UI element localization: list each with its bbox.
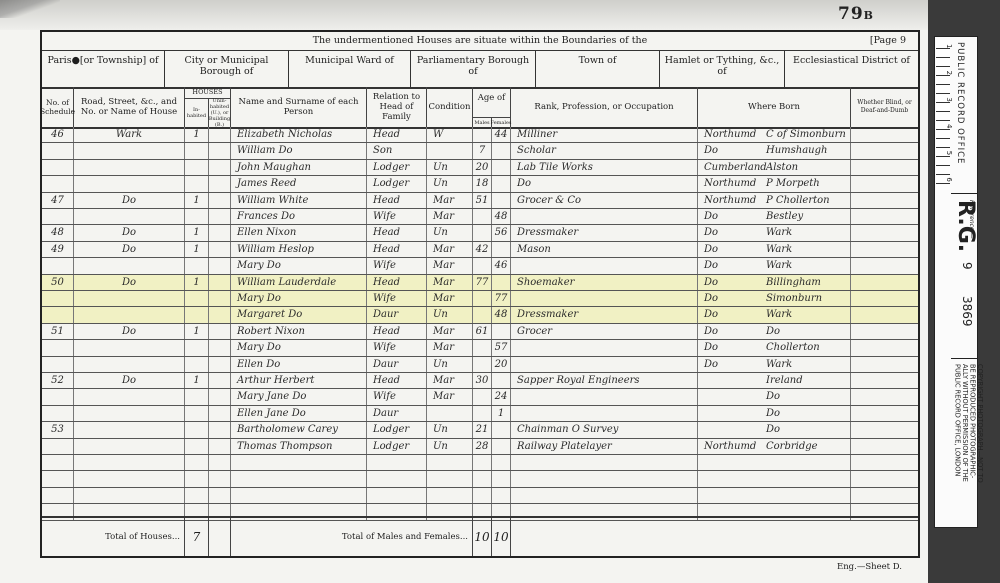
cell-born: NorthumdCorbridge xyxy=(698,439,851,454)
strip-divider xyxy=(951,358,978,359)
cell-schedule xyxy=(42,160,74,175)
cell-born: DoWark xyxy=(698,307,851,322)
born-county: Northumd xyxy=(704,193,766,208)
cell-male xyxy=(473,406,492,421)
cell-male xyxy=(473,127,492,142)
cell-u xyxy=(209,439,231,454)
born-place: Wark xyxy=(766,260,792,271)
cell-relation: Head xyxy=(367,373,427,388)
cell-condition: W xyxy=(427,127,473,142)
district-city: City or Municipal Borough of xyxy=(165,50,289,87)
cell-name: Ellen Jane Do xyxy=(231,406,367,421)
cell-condition: Mar xyxy=(427,373,473,388)
cell-occupation xyxy=(511,488,698,503)
cell-name: William Heslop xyxy=(231,242,367,257)
born-county: Northumd xyxy=(704,439,766,454)
cell-inhabited xyxy=(185,471,209,486)
cell-inhabited xyxy=(185,340,209,355)
born-county: Cumberland xyxy=(704,160,766,175)
cell-b xyxy=(851,488,918,503)
cell-u xyxy=(209,324,231,339)
cell-b xyxy=(851,176,918,191)
table-row: Thomas ThompsonLodgerUn28Railway Platela… xyxy=(42,439,918,455)
cell-female: 56 xyxy=(492,225,511,240)
cell-female: 46 xyxy=(492,258,511,273)
cell-schedule xyxy=(42,471,74,486)
cell-b xyxy=(851,471,918,486)
cell-occupation: Do xyxy=(511,176,698,191)
cell-born: Ireland xyxy=(698,373,851,388)
cell-inhabited xyxy=(185,439,209,454)
cell-u xyxy=(209,242,231,257)
cell-b xyxy=(851,439,918,454)
table-row: Mary DoWifeMar77DoSimonburn xyxy=(42,291,918,307)
census-page: 79B The undermentioned Houses are situat… xyxy=(0,0,928,583)
cell-born: DoChollerton xyxy=(698,340,851,355)
copyright-line: COPYRIGHT PHOTOGRAPH—NOT TO xyxy=(976,364,984,483)
cell-schedule xyxy=(42,291,74,306)
copyright-line: ALLY WITHOUT PERMISSION OF THE xyxy=(961,364,969,483)
copyright-notice: COPYRIGHT PHOTOGRAPH—NOT TOBE REPRODUCED… xyxy=(953,364,983,483)
cell-condition: Mar xyxy=(427,275,473,290)
table-row xyxy=(42,488,918,504)
born-county: Northumd xyxy=(704,127,766,142)
cell-born xyxy=(698,455,851,470)
cell-female: 48 xyxy=(492,209,511,224)
scan-fold-shadow xyxy=(0,0,60,18)
cell-born: CumberlandAlston xyxy=(698,160,851,175)
cell-inhabited xyxy=(185,143,209,158)
cell-schedule: 52 xyxy=(42,373,74,388)
col-males: Males xyxy=(473,117,492,127)
cell-u xyxy=(209,209,231,224)
cell-u xyxy=(209,406,231,421)
cell-b xyxy=(851,143,918,158)
cell-b xyxy=(851,357,918,372)
cell-road: Do xyxy=(74,242,185,257)
born-place: Wark xyxy=(766,359,792,370)
table-row: 51Do1Robert NixonHeadMar61GrocerDoDo xyxy=(42,324,918,340)
cell-male xyxy=(473,488,492,503)
cell-u xyxy=(209,488,231,503)
cell-schedule: 50 xyxy=(42,275,74,290)
census-form: The undermentioned Houses are situate wi… xyxy=(40,30,920,558)
table-row: Ellen Jane DoDaur1Do xyxy=(42,406,918,422)
born-county: Do xyxy=(704,225,766,240)
total-persons-label: Total of Males and Females... xyxy=(231,518,473,556)
cell-occupation xyxy=(511,389,698,404)
cell-road xyxy=(74,160,185,175)
cell-occupation: Sapper Royal Engineers xyxy=(511,373,698,388)
cell-u xyxy=(209,307,231,322)
cell-female xyxy=(492,143,511,158)
cell-inhabited xyxy=(185,307,209,322)
col-condition: Condition xyxy=(427,87,473,127)
born-county: Do xyxy=(704,143,766,158)
col-relation: Relation to Head of Family xyxy=(367,87,427,127)
cell-condition: Un xyxy=(427,307,473,322)
born-place: Ireland xyxy=(766,375,803,386)
cell-b xyxy=(851,225,918,240)
born-county: Do xyxy=(704,340,766,355)
cell-male: 51 xyxy=(473,193,492,208)
cell-female: 48 xyxy=(492,307,511,322)
cell-born xyxy=(698,488,851,503)
cell-relation: Head xyxy=(367,127,427,142)
cell-relation: Head xyxy=(367,193,427,208)
cell-b xyxy=(851,307,918,322)
cell-inhabited xyxy=(185,176,209,191)
cell-schedule: 51 xyxy=(42,324,74,339)
total-uninhabited-value xyxy=(209,518,231,556)
folio-number: 79B xyxy=(838,4,874,24)
cell-female: 44 xyxy=(492,127,511,142)
cell-road xyxy=(74,422,185,437)
born-place: P Chollerton xyxy=(766,195,830,206)
totals-row: Total of Houses... 7 Total of Males and … xyxy=(42,516,918,556)
sheet-label: Eng.—Sheet D. xyxy=(837,562,902,572)
cell-female: 77 xyxy=(492,291,511,306)
cell-occupation: Scholar xyxy=(511,143,698,158)
cell-schedule xyxy=(42,357,74,372)
cell-relation: Head xyxy=(367,275,427,290)
cell-inhabited xyxy=(185,389,209,404)
table-row: James ReedLodgerUn18DoNorthumdP Morpeth xyxy=(42,176,918,192)
cell-road xyxy=(74,455,185,470)
cell-relation: Lodger xyxy=(367,160,427,175)
col-uninhabited: Unin-habited (U.), or Building (B.) xyxy=(209,98,231,127)
cell-relation: Lodger xyxy=(367,422,427,437)
cell-relation xyxy=(367,471,427,486)
table-row xyxy=(42,471,918,487)
cell-male: 42 xyxy=(473,242,492,257)
born-county: Do xyxy=(704,242,766,257)
cell-born: DoBillingham xyxy=(698,275,851,290)
column-header-row: No. of Schedule Road, Street, &c., and N… xyxy=(42,87,918,129)
district-ecclesiastical: Ecclesiastical District of xyxy=(785,50,918,87)
cell-occupation: Dressmaker xyxy=(511,225,698,240)
cell-condition: Un xyxy=(427,357,473,372)
born-place: Do xyxy=(766,391,780,402)
cell-road xyxy=(74,291,185,306)
district-parliamentary: Parliamentary Borough of xyxy=(411,50,536,87)
cell-name: Robert Nixon xyxy=(231,324,367,339)
born-place: Humshaugh xyxy=(766,145,827,156)
cell-b xyxy=(851,291,918,306)
cell-name: Mary Jane Do xyxy=(231,389,367,404)
cell-female xyxy=(492,422,511,437)
cell-u xyxy=(209,258,231,273)
cell-name: James Reed xyxy=(231,176,367,191)
cell-condition: Mar xyxy=(427,389,473,404)
born-county: Do xyxy=(704,258,766,273)
cell-name: Frances Do xyxy=(231,209,367,224)
cell-schedule xyxy=(42,143,74,158)
cell-b xyxy=(851,193,918,208)
cell-schedule: 46 xyxy=(42,127,74,142)
cell-occupation: Grocer xyxy=(511,324,698,339)
cell-u xyxy=(209,291,231,306)
cell-schedule: 53 xyxy=(42,422,74,437)
cell-male: 7 xyxy=(473,143,492,158)
cell-road xyxy=(74,488,185,503)
table-row: 49Do1William HeslopHeadMar42MasonDoWark xyxy=(42,242,918,258)
cell-name xyxy=(231,455,367,470)
cell-schedule xyxy=(42,439,74,454)
cell-occupation xyxy=(511,258,698,273)
cell-name: Ellen Do xyxy=(231,357,367,372)
boundaries-header: The undermentioned Houses are situate wi… xyxy=(42,32,918,51)
cell-inhabited xyxy=(185,488,209,503)
cell-relation xyxy=(367,488,427,503)
cell-born: Do xyxy=(698,422,851,437)
cell-schedule xyxy=(42,389,74,404)
cell-road xyxy=(74,357,185,372)
cell-relation: Wife xyxy=(367,291,427,306)
table-row: 52Do1Arthur HerbertHeadMar30Sapper Royal… xyxy=(42,373,918,389)
born-place: Billingham xyxy=(766,277,821,288)
cell-road xyxy=(74,340,185,355)
table-row: 48Do1Ellen NixonHeadUn56DressmakerDoWark xyxy=(42,225,918,241)
cell-name: Mary Do xyxy=(231,258,367,273)
cell-born: Do xyxy=(698,389,851,404)
cell-schedule xyxy=(42,258,74,273)
born-place: Wark xyxy=(766,227,792,238)
district-header-row: Paris●[or Township] of City or Municipal… xyxy=(42,50,918,89)
col-schedule: No. of Schedule xyxy=(42,87,74,127)
cell-born: NorthumdP Chollerton xyxy=(698,193,851,208)
cell-schedule: 47 xyxy=(42,193,74,208)
table-row: William DoSon7ScholarDoHumshaugh xyxy=(42,143,918,159)
cell-occupation xyxy=(511,209,698,224)
cell-condition: Mar xyxy=(427,324,473,339)
cell-male xyxy=(473,291,492,306)
cell-male: 61 xyxy=(473,324,492,339)
district-ward: Municipal Ward of xyxy=(289,50,411,87)
born-place: Simonburn xyxy=(766,293,822,304)
cell-condition: Un xyxy=(427,422,473,437)
cell-born: DoWark xyxy=(698,258,851,273)
cell-inhabited xyxy=(185,406,209,421)
cell-condition: Mar xyxy=(427,209,473,224)
cell-condition: Mar xyxy=(427,291,473,306)
cell-name xyxy=(231,471,367,486)
cell-occupation xyxy=(511,291,698,306)
cell-male: 30 xyxy=(473,373,492,388)
cell-road xyxy=(74,406,185,421)
cell-occupation xyxy=(511,357,698,372)
born-place: Wark xyxy=(766,309,792,320)
cell-condition: Un xyxy=(427,439,473,454)
scale-numbers: 1 2 3 4 5 6 xyxy=(945,44,953,192)
cell-condition: Un xyxy=(427,160,473,175)
cell-male: 28 xyxy=(473,439,492,454)
cell-condition xyxy=(427,471,473,486)
cell-occupation: Mason xyxy=(511,242,698,257)
cell-relation: Daur xyxy=(367,307,427,322)
cell-b xyxy=(851,422,918,437)
total-males-value: 10 xyxy=(473,518,492,556)
cell-condition: Mar xyxy=(427,340,473,355)
cell-road: Do xyxy=(74,275,185,290)
cell-male: 77 xyxy=(473,275,492,290)
cell-relation: Daur xyxy=(367,406,427,421)
cell-u xyxy=(209,193,231,208)
district-parish: Paris●[or Township] of xyxy=(42,50,165,87)
cell-road: Do xyxy=(74,373,185,388)
table-row: Mary DoWifeMar57DoChollerton xyxy=(42,340,918,356)
cell-schedule: 48 xyxy=(42,225,74,240)
table-row: Mary Jane DoWifeMar24Do xyxy=(42,389,918,405)
born-place: Chollerton xyxy=(766,342,820,353)
cell-born: DoWark xyxy=(698,242,851,257)
cell-occupation xyxy=(511,340,698,355)
born-county: Northumd xyxy=(704,176,766,191)
cell-b xyxy=(851,455,918,470)
table-row: Frances DoWifeMar48DoBestley xyxy=(42,209,918,225)
col-road: Road, Street, &c., and No. or Name of Ho… xyxy=(74,87,185,127)
col-inhabited: In-habited xyxy=(185,98,209,127)
cell-road xyxy=(74,307,185,322)
table-row: Margaret DoDaurUn48DressmakerDoWark xyxy=(42,307,918,323)
cell-u xyxy=(209,357,231,372)
cell-inhabited xyxy=(185,258,209,273)
cell-relation: Wife xyxy=(367,209,427,224)
cell-born: DoWark xyxy=(698,225,851,240)
cell-occupation: Railway Platelayer xyxy=(511,439,698,454)
cell-condition xyxy=(427,143,473,158)
cell-born: NorthumdP Morpeth xyxy=(698,176,851,191)
cell-female xyxy=(492,242,511,257)
cell-road: Do xyxy=(74,225,185,240)
cell-relation xyxy=(367,455,427,470)
cell-inhabited: 1 xyxy=(185,242,209,257)
cell-condition: Un xyxy=(427,176,473,191)
cell-name: Mary Do xyxy=(231,340,367,355)
cell-inhabited: 1 xyxy=(185,127,209,142)
cell-born: DoDo xyxy=(698,324,851,339)
cell-b xyxy=(851,242,918,257)
cell-male xyxy=(473,340,492,355)
cell-born: DoHumshaugh xyxy=(698,143,851,158)
cell-name: Bartholomew Carey xyxy=(231,422,367,437)
cell-b xyxy=(851,209,918,224)
cell-name: Margaret Do xyxy=(231,307,367,322)
cell-inhabited xyxy=(185,357,209,372)
table-row: 50Do1William LauderdaleHeadMar77Shoemake… xyxy=(42,275,918,291)
cell-u xyxy=(209,127,231,142)
cell-male xyxy=(473,258,492,273)
cell-male xyxy=(473,307,492,322)
born-place: P Morpeth xyxy=(766,178,820,189)
col-blind: Whether Blind, or Deaf-and-Dumb xyxy=(851,87,918,127)
cell-male: 21 xyxy=(473,422,492,437)
cell-male xyxy=(473,455,492,470)
born-place: C of Simonburn xyxy=(766,129,846,140)
cell-female xyxy=(492,275,511,290)
cell-schedule xyxy=(42,488,74,503)
cell-road xyxy=(74,439,185,454)
copyright-line: BE REPRODUCED PHOTOGRAPHIC- xyxy=(968,364,976,483)
born-place: Do xyxy=(766,408,780,419)
cell-relation: Head xyxy=(367,242,427,257)
cell-b xyxy=(851,127,918,142)
copyright-line: PUBLIC RECORD OFFICE, LONDON xyxy=(953,364,961,483)
cell-condition: Mar xyxy=(427,258,473,273)
cell-road: Wark xyxy=(74,127,185,142)
cell-female xyxy=(492,471,511,486)
cell-b xyxy=(851,275,918,290)
born-county: Do xyxy=(704,357,766,372)
born-place: Alston xyxy=(766,162,798,173)
cell-b xyxy=(851,389,918,404)
table-row: John MaughanLodgerUn20Lab Tile WorksCumb… xyxy=(42,160,918,176)
cell-road xyxy=(74,258,185,273)
cell-male xyxy=(473,225,492,240)
table-row: Mary DoWifeMar46DoWark xyxy=(42,258,918,274)
reference-folio: 3869 xyxy=(960,296,974,327)
cell-b xyxy=(851,324,918,339)
table-row: 47Do1William WhiteHeadMar51Grocer & CoNo… xyxy=(42,193,918,209)
cell-female: 20 xyxy=(492,357,511,372)
born-place: Bestley xyxy=(766,211,803,222)
cell-male xyxy=(473,357,492,372)
cell-occupation: Dressmaker xyxy=(511,307,698,322)
cell-occupation: Milliner xyxy=(511,127,698,142)
cell-name: Elizabeth Nicholas xyxy=(231,127,367,142)
born-county: Do xyxy=(704,307,766,322)
cell-u xyxy=(209,422,231,437)
cell-occupation: Lab Tile Works xyxy=(511,160,698,175)
strip-divider xyxy=(951,193,978,194)
cell-male: 18 xyxy=(473,176,492,191)
born-county: Do xyxy=(704,209,766,224)
born-place: Do xyxy=(766,424,780,435)
cell-female: 57 xyxy=(492,340,511,355)
cell-inhabited xyxy=(185,422,209,437)
cell-relation: Head xyxy=(367,324,427,339)
cell-occupation: Shoemaker xyxy=(511,275,698,290)
col-where-born: Where Born xyxy=(698,87,851,127)
cell-female xyxy=(492,455,511,470)
cell-occupation xyxy=(511,471,698,486)
cell-name: Mary Do xyxy=(231,291,367,306)
cell-female: 1 xyxy=(492,406,511,421)
total-females-value: 10 xyxy=(492,518,511,556)
cell-u xyxy=(209,455,231,470)
cell-u xyxy=(209,176,231,191)
cell-condition xyxy=(427,488,473,503)
born-place: Wark xyxy=(766,244,792,255)
cell-female xyxy=(492,324,511,339)
cell-relation: Wife xyxy=(367,389,427,404)
cell-schedule xyxy=(42,340,74,355)
born-county: Do xyxy=(704,291,766,306)
cell-inhabited xyxy=(185,455,209,470)
cell-relation: Wife xyxy=(367,258,427,273)
cell-road xyxy=(74,471,185,486)
cell-b xyxy=(851,258,918,273)
cell-inhabited: 1 xyxy=(185,275,209,290)
cell-b xyxy=(851,406,918,421)
cell-u xyxy=(209,389,231,404)
cell-b xyxy=(851,160,918,175)
table-row xyxy=(42,455,918,471)
total-houses-value: 7 xyxy=(185,518,209,556)
col-occupation: Rank, Profession, or Occupation xyxy=(511,87,698,127)
cell-female: 24 xyxy=(492,389,511,404)
cell-road xyxy=(74,209,185,224)
